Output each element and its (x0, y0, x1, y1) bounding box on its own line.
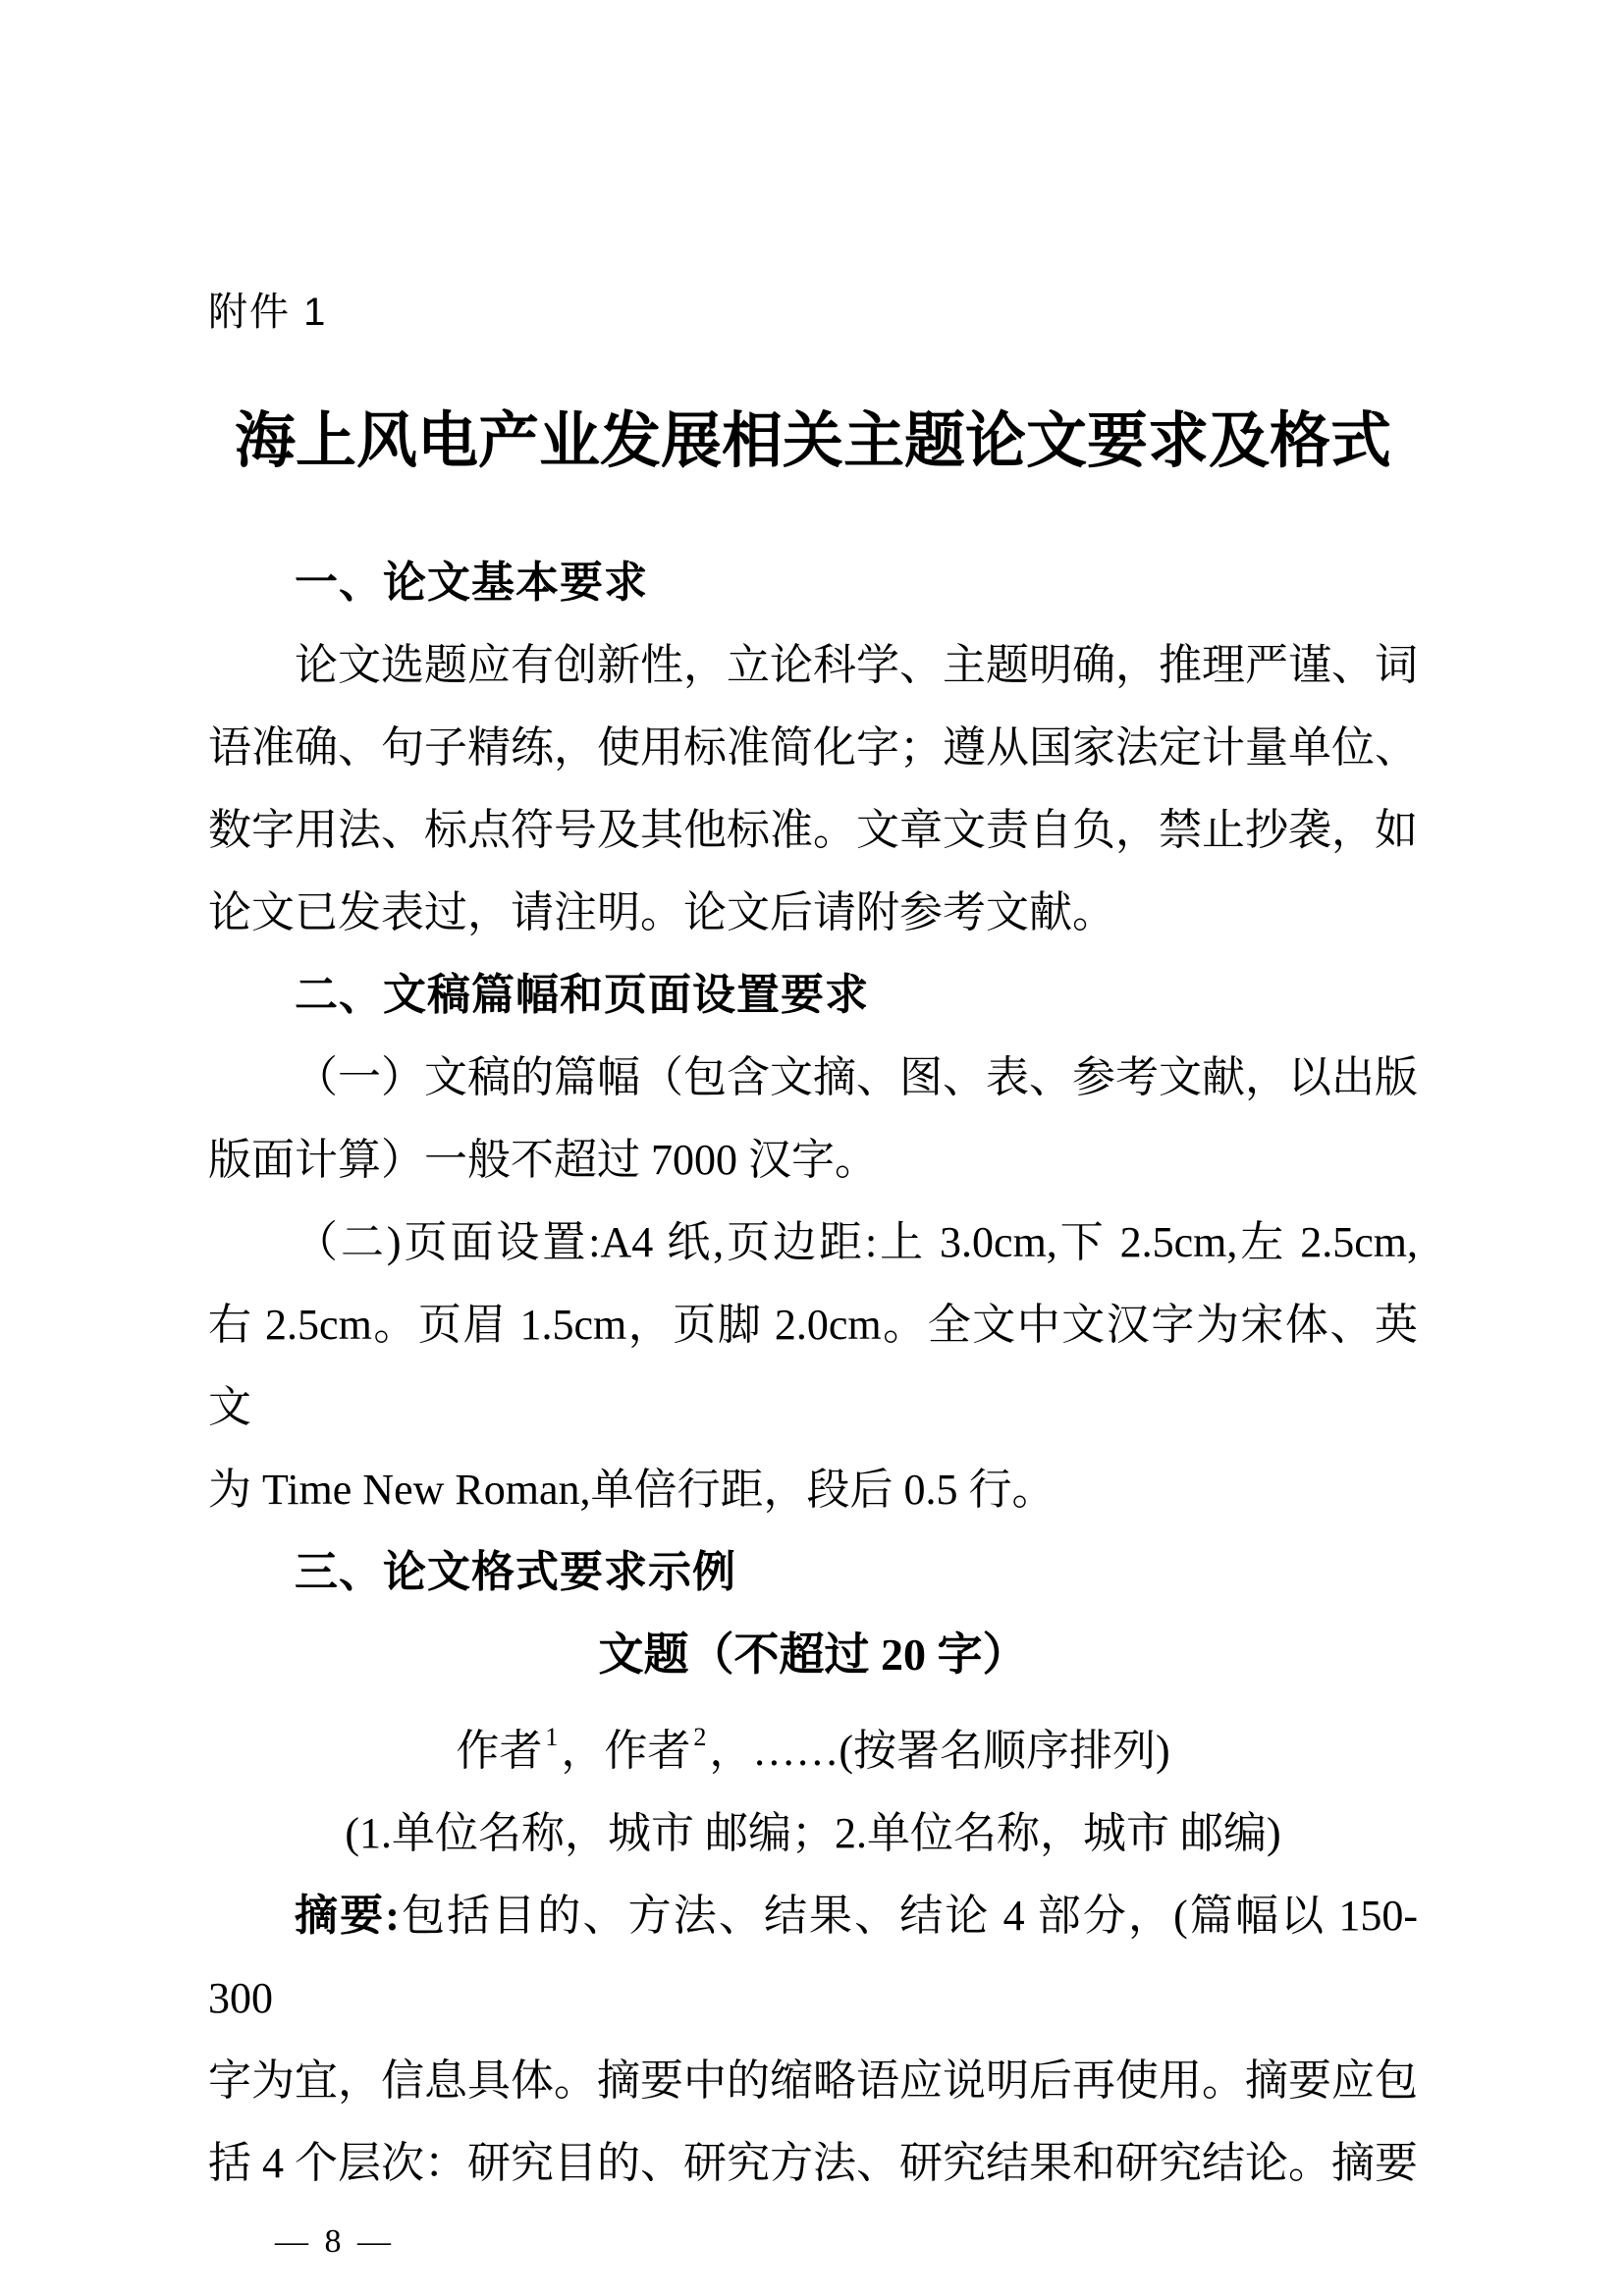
section-1-paragraph-line: 论文已发表过，请注明。论文后请附参考文献。 (208, 872, 1418, 954)
section-1-heading: 一、论文基本要求 (208, 542, 1418, 624)
sample-authors-line: 作者1，作者2，……(按署名顺序排列) (208, 1696, 1418, 1792)
section-1-paragraph-line: 论文选题应有创新性，立论科学、主题明确，推理严谨、词 (208, 624, 1418, 707)
abstract-line: 字为宜，信息具体。摘要中的缩略语应说明后再使用。摘要应包 (208, 2040, 1418, 2122)
section-2-paragraph-2-line: 为 Time New Roman,单倍行距，段后 0.5 行。 (208, 1449, 1418, 1531)
section-1-paragraph-line: 语准确、句子精练，使用标准简化字；遵从国家法定计量单位、 (208, 707, 1418, 789)
document-content: 附件 1 海上风电产业发展相关主题论文要求及格式 一、论文基本要求 论文选题应有… (208, 0, 1418, 2262)
abstract-label: 摘要: (295, 1892, 400, 1940)
authors-note: ，……(按署名顺序排列) (709, 1727, 1169, 1775)
sample-affiliation-line: (1.单位名称，城市 邮编；2.单位名称，城市 邮编) (208, 1792, 1418, 1875)
section-2-paragraph-1-line: 版面计算）一般不超过 7000 汉字。 (208, 1119, 1418, 1201)
author-2-superscript: 2 (690, 1723, 709, 1751)
sample-paper-title: 文题（不超过 20 字） (208, 1614, 1418, 1696)
attachment-label: 附件 1 (208, 289, 1418, 336)
section-2-paragraph-2-line: （二)页面设置:A4 纸,页边距:上 3.0cm,下 2.5cm,左 2.5cm… (208, 1201, 1418, 1284)
author-1-superscript: 1 (542, 1723, 561, 1751)
author-1: 作者 (456, 1727, 542, 1775)
document-title: 海上风电产业发展相关主题论文要求及格式 (208, 406, 1418, 477)
section-3-heading: 三、论文格式要求示例 (208, 1531, 1418, 1614)
abstract-line: 摘要:包括目的、方法、结果、结论 4 部分，(篇幅以 150-300 (208, 1875, 1418, 2040)
author-2: ，作者 (561, 1727, 690, 1775)
section-2-paragraph-2-line: 右 2.5cm。页眉 1.5cm，页脚 2.0cm。全文中文汉字为宋体、英文 (208, 1284, 1418, 1449)
document-page: 附件 1 海上风电产业发展相关主题论文要求及格式 一、论文基本要求 论文选题应有… (0, 0, 1624, 2296)
section-2-paragraph-1-line: （一）文稿的篇幅（包含文摘、图、表、参考文献，以出版 (208, 1037, 1418, 1119)
section-2-heading: 二、文稿篇幅和页面设置要求 (208, 954, 1418, 1037)
page-number: — 8 — (275, 2222, 1418, 2262)
section-1-paragraph-line: 数字用法、标点符号及其他标准。文章文责自负，禁止抄袭，如 (208, 789, 1418, 872)
abstract-line: 括 4 个层次：研究目的、研究方法、研究结果和研究结论。摘要 (208, 2122, 1418, 2205)
